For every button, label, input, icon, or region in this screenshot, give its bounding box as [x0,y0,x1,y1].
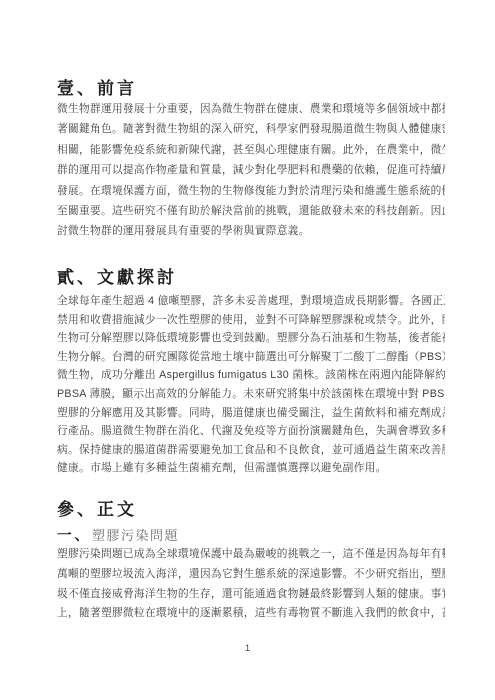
paragraph-line: 生物分解。台灣的研究團隊從當地土壤中篩選出可分解聚丁二酸丁二醇酯（PBS）的 [57,348,445,367]
paragraph-line: 圾不僅直接威脅海洋生物的生存，還可能通過食物鏈最終影響到人類的健康。事實 [57,585,445,605]
paragraph-line: 討微生物群的運用發展具有重要的學術與實際意義。 [57,221,445,241]
paragraph-line: 生物可分解塑膠以降低環境影響也受到鼓勵。塑膠分為石油基和生物基，後者能被微 [57,329,445,348]
paragraph-line: 全球每年產生超過 4 億噸塑膠，許多未妥善處理，對環境造成長期影響。各國正通過 [57,292,445,311]
paragraph-line: 發展。在環境保護方面，微生物的生物修復能力對於清理污染和維護生態系統的健康 [57,181,445,201]
paragraph-line: 群的運用可以提高作物產量和質量，減少對化學肥料和農藥的依賴，促進可持續農業 [57,160,445,180]
paragraph-line: 相關，能影響免疫系統和新陳代謝，甚至與心理健康有關。此外，在農業中，微生物 [57,140,445,160]
paragraph-line: 病。保持健康的腸道菌群需要避免加工食品和不良飲食，並可通過益生菌來改善腸道 [57,441,445,460]
paragraph-line: 微生物群運用發展十分重要，因為微生物群在健康、農業和環境等多個領域中都扮演 [57,99,445,119]
paragraph-line: 至關重要。這些研究不僅有助於解決當前的挑戰，還能啟發未來的科技創新。因此探 [57,201,445,221]
paragraph-line: 健康。市場上雖有多種益生菌補充劑，但需謹慎選擇以避免副作用。 [57,459,445,478]
paragraph-line: 塑膠的分解應用及其影響。同時，腸道健康也備受關注，益生菌飲料和補充劑成為流 [57,404,445,423]
section-heading-introduction: 壹、前言 [57,74,137,99]
subsection-heading-plastic-pollution: 一、塑膠污染問題 [57,524,179,545]
document-page: 壹、前言 微生物群運用發展十分重要，因為微生物群在健康、農業和環境等多個領域中都… [0,0,495,700]
plastic-pollution-paragraph: 塑膠污染問題已成為全球環境保護中最為嚴峻的挑戰之一，這不僅是因為每年有數百萬噸的… [57,545,445,624]
paragraph-line: 塑膠污染問題已成為全球環境保護中最為嚴峻的挑戰之一，這不僅是因為每年有數百 [57,545,445,565]
paragraph-line: 行產品。腸道微生物群在消化、代謝及免疫等方面扮演關鍵角色，失調會導致多種疾 [57,422,445,441]
section-heading-main-text: 參、正文 [57,495,137,520]
paragraph-line: 禁用和收費措施減少一次性塑膠的使用，並對不可降解塑膠課稅或禁令。此外，開發 [57,311,445,330]
paragraph-line: 著關鍵角色。隨著對微生物組的深入研究，科學家們發現腸道微生物與人體健康密切 [57,119,445,139]
paragraph-line: 微生物，成功分離出 Aspergillus fumigatus L30 菌株。該… [57,366,445,385]
section-heading-literature-review: 貳、文獻探討 [57,263,177,288]
literature-review-paragraph: 全球每年產生超過 4 億噸塑膠，許多未妥善處理，對環境造成長期影響。各國正通過禁… [57,292,445,478]
paragraph-line: 上，隨著塑膠微粒在環境中的逐漸累積，這些有毒物質不斷進入我們的飲食中，甚至 [57,604,445,624]
paragraph-line: 萬噸的塑膠垃圾流入海洋，還因為它對生態系統的深遠影響。不少研究指出，塑膠垃 [57,565,445,585]
page-number: 1 [0,643,495,654]
introduction-paragraph: 微生物群運用發展十分重要，因為微生物群在健康、農業和環境等多個領域中都扮演著關鍵… [57,99,445,242]
subsection-title: 塑膠污染問題 [92,528,179,543]
paragraph-line: PBSA 薄膜，顯示出高效的分解能力。未來研究將集中於該菌株在環境中對 PBS … [57,385,445,404]
subsection-number: 一、 [57,528,92,544]
